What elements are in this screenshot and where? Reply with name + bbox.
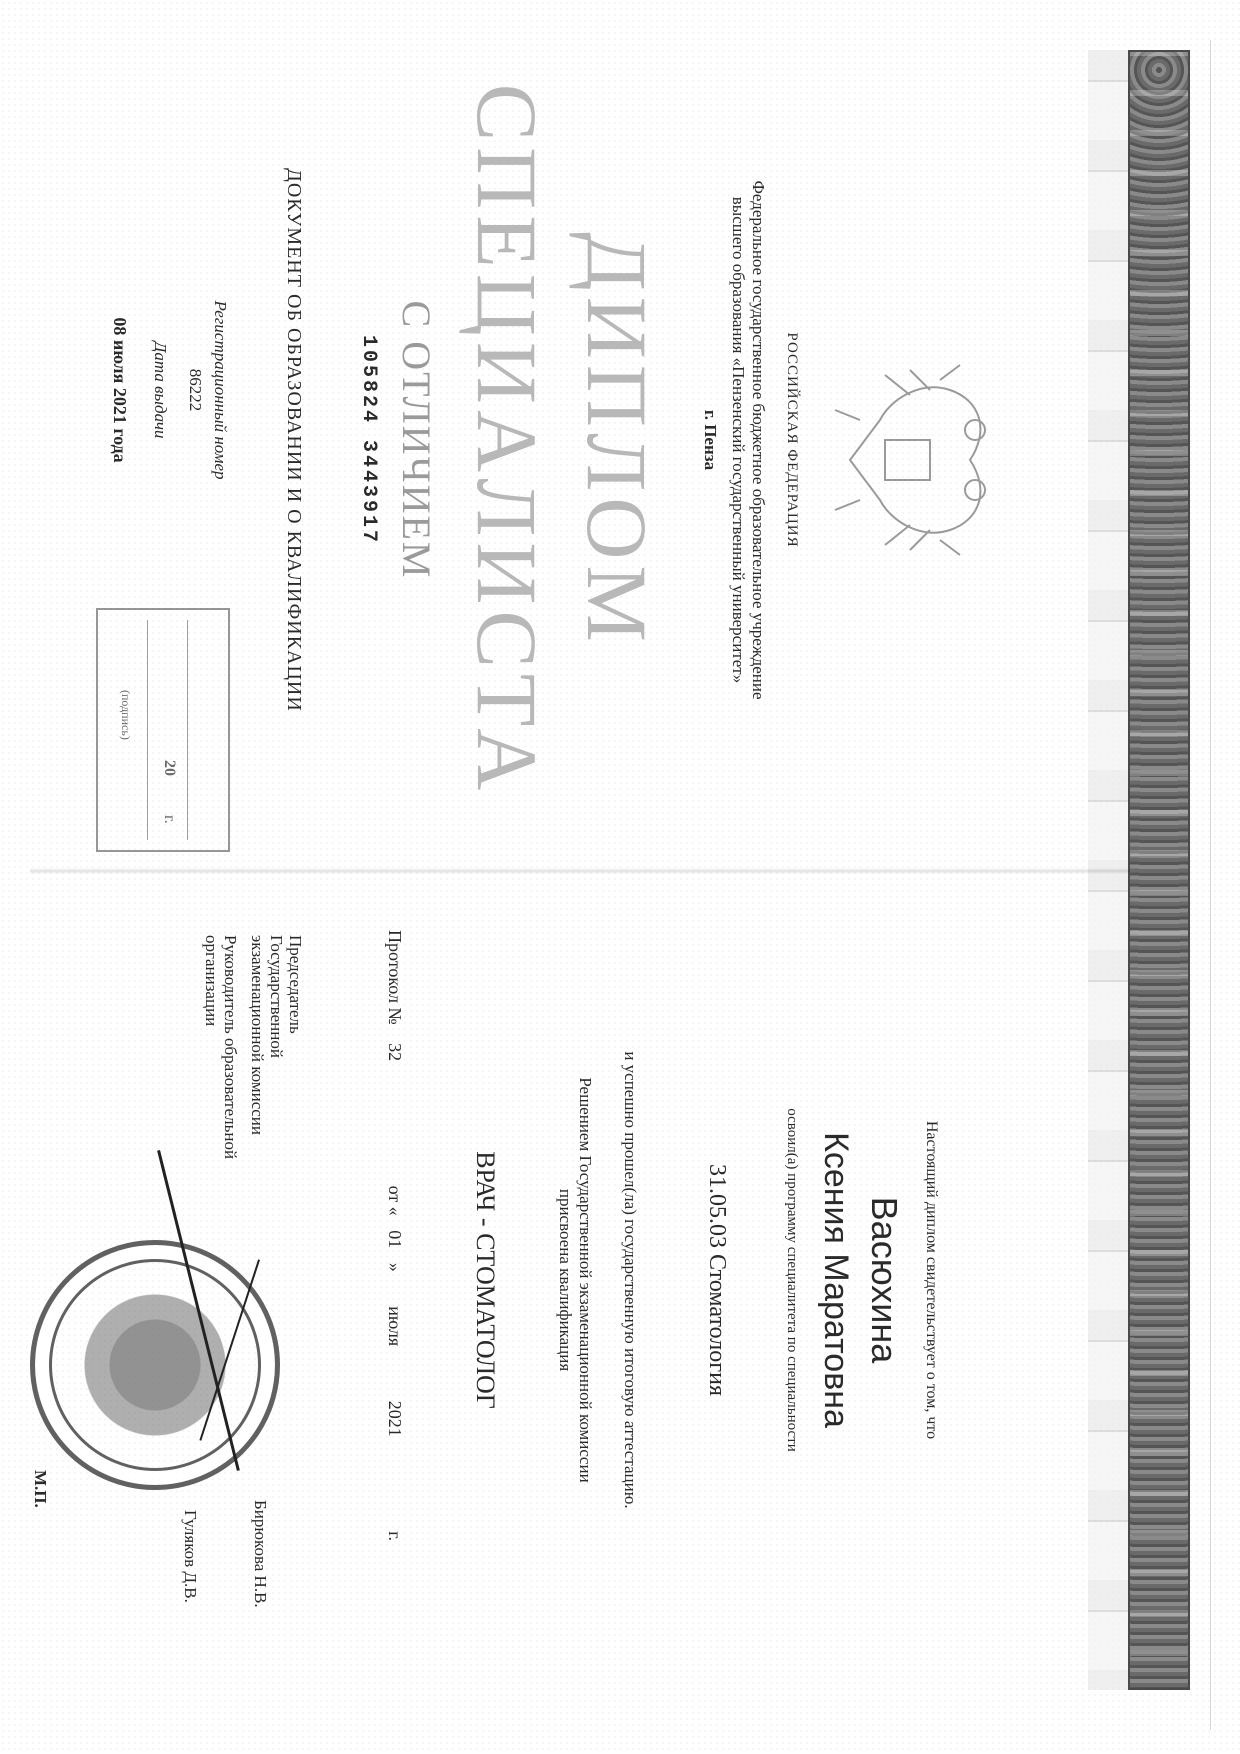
honors-label: С ОТЛИЧИЕМ bbox=[393, 80, 440, 800]
chair-line-2: Государственной bbox=[267, 935, 286, 1135]
protocol-number: 32 bbox=[385, 1043, 405, 1061]
chair-name: Бирюкова Н.В. bbox=[251, 1500, 270, 1608]
stamp-year-prefix: 20 bbox=[160, 760, 178, 776]
stamp-caption: (подпись) bbox=[118, 690, 133, 740]
seal-label: М.П. bbox=[31, 1470, 50, 1508]
qualification: ВРАЧ - СТОМАТОЛОГ bbox=[470, 910, 500, 1650]
title-specialist: СПЕЦИАЛИСТА bbox=[464, 80, 550, 800]
coat-of-arms-icon bbox=[830, 360, 1000, 560]
document-type: ДОКУМЕНТ ОБ ОБРАЗОВАНИИ И О КВАЛИФИКАЦИИ bbox=[282, 80, 305, 800]
chair-line-1: Председатель bbox=[286, 935, 305, 1135]
city: г. Пенза bbox=[700, 80, 720, 800]
protocol-close-quote: » bbox=[385, 1263, 405, 1272]
chair-title: Председатель Государственной экзаменацио… bbox=[248, 935, 305, 1135]
protocol-year: 2021 bbox=[385, 1401, 405, 1437]
certification-intro: Настоящий диплом свидетельствует о том, … bbox=[922, 910, 940, 1650]
specialty: 31.05.03 Стоматология bbox=[703, 910, 730, 1650]
registration-label: Регистрационный номер bbox=[210, 300, 230, 480]
registration-stamp: 20 г. (подпись) bbox=[96, 608, 230, 852]
attestation-passed: и успешно прошел(ла) государственную ито… bbox=[620, 910, 640, 1650]
program-mastered: освоил(а) программу специалитета по спец… bbox=[783, 910, 800, 1650]
fold-line bbox=[30, 868, 1130, 874]
issue-label: Дата выдачи bbox=[150, 300, 170, 480]
institution-line-2: высшего образования «Пензенский государс… bbox=[728, 80, 748, 800]
protocol-label: Протокол № bbox=[385, 930, 405, 1025]
institution-line-1: Федеральное государственное бюджетное об… bbox=[748, 80, 768, 800]
serial-number: 105824 3443917 bbox=[357, 80, 380, 800]
graduate-given-names: Ксения Маратовна bbox=[816, 910, 855, 1650]
protocol-month: июля bbox=[385, 1306, 405, 1346]
official-seal bbox=[30, 1240, 280, 1490]
registration-number: 86222 bbox=[185, 300, 205, 480]
head-line-1: Руководитель образовательной bbox=[221, 935, 240, 1159]
decorative-border bbox=[1128, 50, 1190, 1690]
head-line-2: организации bbox=[202, 935, 221, 1159]
protocol-day: 01 bbox=[385, 1230, 405, 1248]
country-heading: РОССИЙСКАЯ ФЕДЕРАЦИЯ bbox=[783, 80, 800, 800]
graduate-surname: Васюхина bbox=[863, 910, 905, 1650]
diploma-sheet: РОССИЙСКАЯ ФЕДЕРАЦИЯ Федеральное государ… bbox=[0, 0, 1240, 1754]
commission-decision: Решением Государственной экзаменационной… bbox=[555, 910, 595, 1650]
chair-line-3: экзаменационной комиссии bbox=[248, 935, 267, 1135]
issue-date: 08 июля 2021 года bbox=[109, 280, 130, 500]
decision-line-2: присвоена квалификация bbox=[555, 910, 575, 1650]
protocol-from: от « bbox=[385, 1186, 405, 1216]
head-title: Руководитель образовательной организации bbox=[202, 935, 240, 1159]
protocol-line: Протокол № 32 от « 01 » июля 2021 г. bbox=[384, 930, 405, 1630]
stamp-year-suffix: г. bbox=[160, 815, 178, 824]
title-diploma: ДИПЛОМ bbox=[574, 80, 660, 800]
head-name: Гуляков Д.В. bbox=[181, 1510, 200, 1603]
decision-line-1: Решением Государственной экзаменационной… bbox=[575, 910, 595, 1650]
institution-name: Федеральное государственное бюджетное об… bbox=[728, 80, 768, 800]
protocol-year-suffix: г. bbox=[385, 1531, 405, 1541]
